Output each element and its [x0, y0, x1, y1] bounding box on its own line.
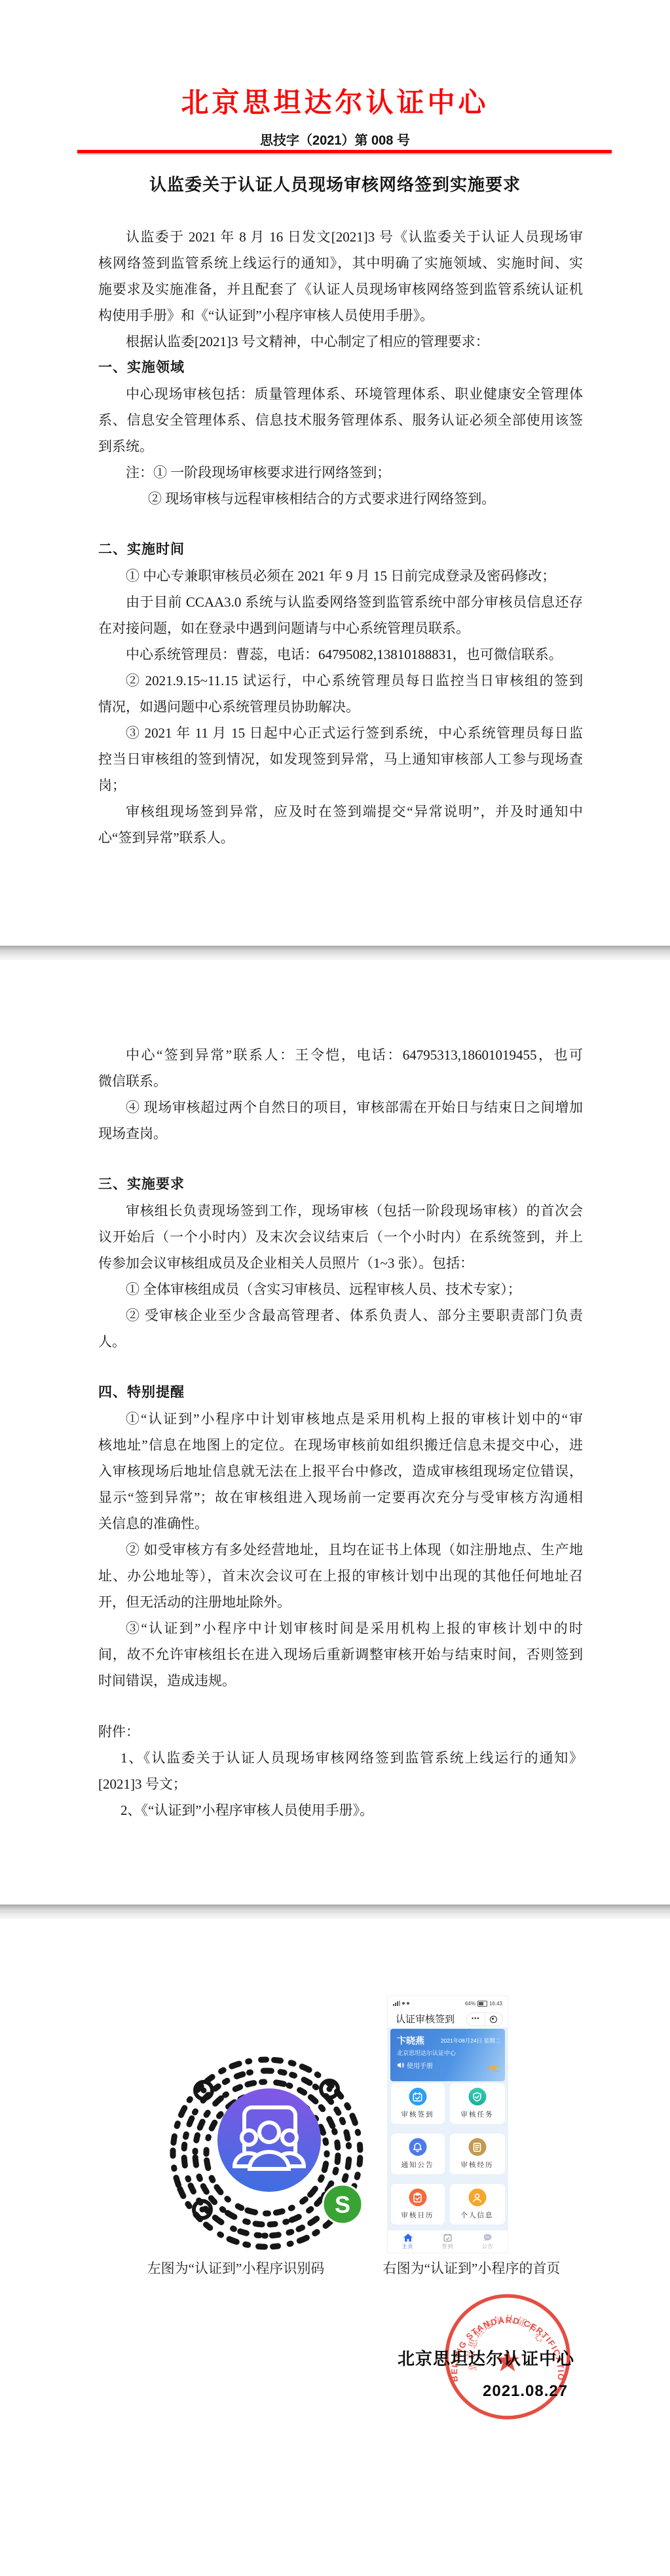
- svg-text:S: S: [335, 2191, 350, 2218]
- text-line: 现场查岗。: [98, 1120, 583, 1147]
- calendar-icon: [443, 2233, 453, 2242]
- miniprogram-s-badge-icon: S: [323, 2185, 362, 2224]
- tab-home: 主页: [388, 2230, 428, 2253]
- left-figure-caption: 左图为“认证到”小程序识别码: [131, 2258, 341, 2279]
- tile-notices: 通知公告: [391, 2134, 445, 2174]
- user-icon: [468, 2189, 486, 2206]
- text-line: ② 现场审核与远程审核相结合的方式要求进行网络签到。: [98, 486, 583, 512]
- document-number: 思技字（2021）第 008 号: [0, 130, 670, 149]
- current-date: 2021年08月24日 星期二: [441, 2037, 500, 2045]
- tile-label: 审核日历: [391, 2210, 445, 2220]
- text-line: 开，但无活动的注册地址除外。: [98, 1589, 583, 1615]
- tab-notice: 公告: [468, 2230, 508, 2253]
- tile-profile: 个人信息: [450, 2184, 505, 2225]
- text-line: 中心系统管理员：曹蕊，电话：64795082,13810188831，也可微信联…: [98, 641, 583, 668]
- file-icon: [468, 2138, 486, 2156]
- document-viewer: 北京思坦达尔认证中心 思技字（2021）第 008 号 认监委关于认证人员现场审…: [0, 0, 670, 2576]
- text-line: ② 受审核企业至少含最高管理者、体系负责人、部分主要职责部门负责: [98, 1302, 583, 1329]
- speaker-icon: [397, 2062, 404, 2069]
- text-line: 关信息的准确性。: [98, 1511, 583, 1537]
- text-line: 审核组现场签到异常，应及时在签到端提交“异常说明”，并及时通知中: [98, 798, 583, 825]
- tab-signin: 签到: [428, 2230, 468, 2253]
- tile-audit-signin: 审核签到: [391, 2083, 445, 2124]
- official-seal: BEIJING STANDARD CERTIFICATION CENTRE 北京…: [436, 2285, 579, 2428]
- text-line: 根据认监委[2021]3 号文精神，中心制定了相应的管理要求：: [98, 329, 583, 355]
- page1-text: 认监委于 2021 年 8 月 16 日发文[2021]3 号《认监委关于认证人…: [98, 224, 583, 851]
- star-icon: [496, 2349, 519, 2371]
- close-target-icon: [485, 2013, 503, 2026]
- bell-icon: [409, 2138, 426, 2156]
- text-line: ② 2021.9.15~11.15 试运行，中心系统管理员每日监控当日审核组的签…: [98, 668, 583, 694]
- text-line: 址、办公地址等），首末次会议可在上报的审核计划中出现的其他任何地址召: [98, 1563, 583, 1589]
- home-icon: [403, 2233, 413, 2242]
- text-line: 2、《“认证到”小程序审核人员使用手册》。: [98, 1797, 583, 1823]
- text-line: 中心“签到异常”联系人：王令恺，电话：64795313,18601019455，…: [98, 1042, 583, 1068]
- seal-english-text: BEIJING STANDARD CERTIFICATION CENTRE: [436, 2285, 566, 2382]
- tile-audit-calendar: 审核日历: [391, 2184, 445, 2225]
- text-line: 构使用手册》和《“认证到”小程序审核人员使用手册》。: [98, 302, 583, 329]
- text-line: ② 如受审核方有多处经营地址，且均在证书上体现（如注册地点、生产地: [98, 1537, 583, 1563]
- user-hero-card: 卞晓燕 2021年08月24日 星期二 北京思坦达尔认证中心 使用手册: [390, 2029, 505, 2081]
- right-figure-caption: 右图为“认证到”小程序的首页: [370, 2258, 573, 2279]
- shield-check-icon: [468, 2088, 486, 2105]
- text-line: 一、实施领域: [98, 355, 583, 381]
- chat-icon: [483, 2233, 493, 2242]
- text-line: 微信联系。: [98, 1068, 583, 1094]
- text-line: ③ 2021 年 11 月 15 日起中心正式运行签到系统，中心系统管理员每日监: [98, 720, 583, 746]
- battery-percent: 64%: [465, 2001, 475, 2007]
- text-line: 施要求及实施准备，并且配套了《认证人员现场审核网络签到监管系统认证机: [98, 276, 583, 302]
- text-line: 1、《认监委关于认证人员现场审核网络签到监管系统上线运行的通知》: [98, 1745, 583, 1771]
- text-line: 人。: [98, 1329, 583, 1355]
- more-icon: •••: [467, 2013, 485, 2026]
- page-separator: [0, 946, 670, 960]
- clipboard-check-icon: [409, 2189, 426, 2206]
- text-line: ④ 现场审核超过两个自然日的项目，审核部需在开始日与结束日之间增加: [98, 1094, 583, 1120]
- miniprogram-code-image: S: [160, 2050, 377, 2256]
- tile-label: 审核签到: [391, 2109, 445, 2119]
- text-line: 四、特别提醒: [98, 1380, 583, 1406]
- manual-link: 使用手册: [397, 2060, 433, 2070]
- document-title: 认监委关于认证人员现场审核网络签到实施要求: [0, 171, 670, 196]
- tile-audit-tasks: 审核任务: [450, 2083, 505, 2124]
- text-line: 情况，如遇问题中心系统管理员协助解决。: [98, 694, 583, 720]
- phone-status-bar: 64% 16:43: [388, 1997, 508, 2009]
- phone-navbar: 认证审核签到 •••: [388, 2009, 508, 2028]
- text-line: 核网络签到监管系统上线运行的通知》，其中明确了实施领域、实施时间、实: [98, 250, 583, 276]
- text-line: 注：① 一阶段现场审核要求进行网络签到；: [98, 459, 583, 486]
- page-separator: [0, 1905, 670, 1919]
- tile-label: 审核任务: [450, 2109, 505, 2119]
- text-line: 附件：: [98, 1719, 583, 1745]
- text-line: 入审核现场后地址信息就无法在上报平台中修改，造成审核组现场定位错误，: [98, 1458, 583, 1484]
- user-org: 北京思坦达尔认证中心: [397, 2048, 456, 2057]
- notification-dot-icon: [402, 2002, 405, 2005]
- text-line: 传参加会议审核组成员及企业相关人员照片（1~3 张）。包括：: [98, 1250, 583, 1276]
- tile-audit-history: 审核经历: [450, 2134, 505, 2174]
- svg-text:BEIJING STANDARD CERTIFICATION: BEIJING STANDARD CERTIFICATION CENTRE: [436, 2285, 566, 2382]
- text-line: ①“认证到”小程序中计划审核地点是采用机构上报的审核计划中的“审: [98, 1406, 583, 1432]
- miniprogram-screenshot: 64% 16:43 认证审核签到 ••• 卞晓燕 2021年08月24日 星期二…: [388, 1996, 508, 2253]
- wechat-capsule: •••: [466, 2012, 503, 2026]
- text-line: 控当日审核组的签到情况，如发现签到异常，马上通知审核部人工参与现场查: [98, 746, 583, 772]
- text-line: 三、实施要求: [98, 1172, 583, 1198]
- text-line: 议开始后（一个小时内）及末次会议结束后（一个小时内）在系统签到，并上: [98, 1224, 583, 1250]
- clock-time: 16:43: [489, 2001, 502, 2007]
- text-line: 核地址”信息在地图上的定位。在现场审核前如组织搬迁信息未提交中心，进: [98, 1432, 583, 1458]
- text-line: 二、实施时间: [98, 537, 583, 563]
- text-line: 间，故不允许审核组长在进入现场后重新调整审核开始与结束时间，否则签到: [98, 1641, 583, 1668]
- menu-icon: [489, 2064, 499, 2073]
- text-line: [2021]3 号文；: [98, 1771, 583, 1797]
- text-line: 中心现场审核包括：质量管理体系、环境管理体系、职业健康安全管理体: [98, 381, 583, 407]
- user-name: 卞晓燕: [397, 2034, 424, 2047]
- text-line: 显示“签到异常”；故在审核组进入现场前一定要再次充分与受审核方沟通相: [98, 1484, 583, 1511]
- battery-icon: [477, 2001, 487, 2007]
- calendar-check-icon: [409, 2088, 426, 2105]
- tile-label: 通知公告: [391, 2160, 445, 2170]
- home-tile-grid: 审核签到 审核任务 通知公告: [388, 2083, 508, 2225]
- text-line: 审核组长负责现场签到工作，现场审核（包括一阶段现场审核）的首次会: [98, 1198, 583, 1224]
- notification-dot-icon: [407, 2002, 409, 2005]
- text-line: ① 全体审核组成员（含实习审核员、远程审核人员、技术专家）；: [98, 1276, 583, 1302]
- text-line: 心“签到异常”联系人。: [98, 825, 583, 851]
- text-line: 在对接问题，如在登录中遇到问题请与中心系统管理员联系。: [98, 615, 583, 641]
- text-line: 岗；: [98, 772, 583, 798]
- app-title: 认证审核签到: [396, 2012, 455, 2026]
- signal-icon: [393, 2001, 400, 2006]
- text-line: ① 中心专兼职审核员必须在 2021 年 9 月 15 日前完成登录及密码修改；: [98, 563, 583, 589]
- letterhead-org-title: 北京思坦达尔认证中心: [0, 81, 670, 120]
- miniprogram-sunflower-code: S: [160, 2050, 377, 2256]
- tile-label: 个人信息: [450, 2210, 505, 2220]
- tile-label: 审核经历: [450, 2160, 505, 2170]
- text-line: 认监委于 2021 年 8 月 16 日发文[2021]3 号《认监委关于认证人…: [98, 224, 583, 250]
- text-line: 由于目前 CCAA3.0 系统与认监委网络签到监管系统中部分审核员信息还存: [98, 589, 583, 615]
- text-line: 系、信息安全管理体系、信息技术服务管理体系、服务认证必须全部使用该签: [98, 407, 583, 433]
- text-line: 时间错误，造成违规。: [98, 1668, 583, 1694]
- text-line: ③“认证到”小程序中计划审核时间是采用机构上报的审核计划中的时: [98, 1615, 583, 1641]
- text-line: 到系统。: [98, 433, 583, 459]
- app-body: 卞晓燕 2021年08月24日 星期二 北京思坦达尔认证中心 使用手册: [388, 2028, 508, 2230]
- page2-text: 中心“签到异常”联系人：王令恺，电话：64795313,18601019455，…: [98, 1042, 583, 1823]
- tab-bar: 主页 签到 公告: [388, 2230, 508, 2253]
- letterhead-red-rule: [77, 150, 612, 153]
